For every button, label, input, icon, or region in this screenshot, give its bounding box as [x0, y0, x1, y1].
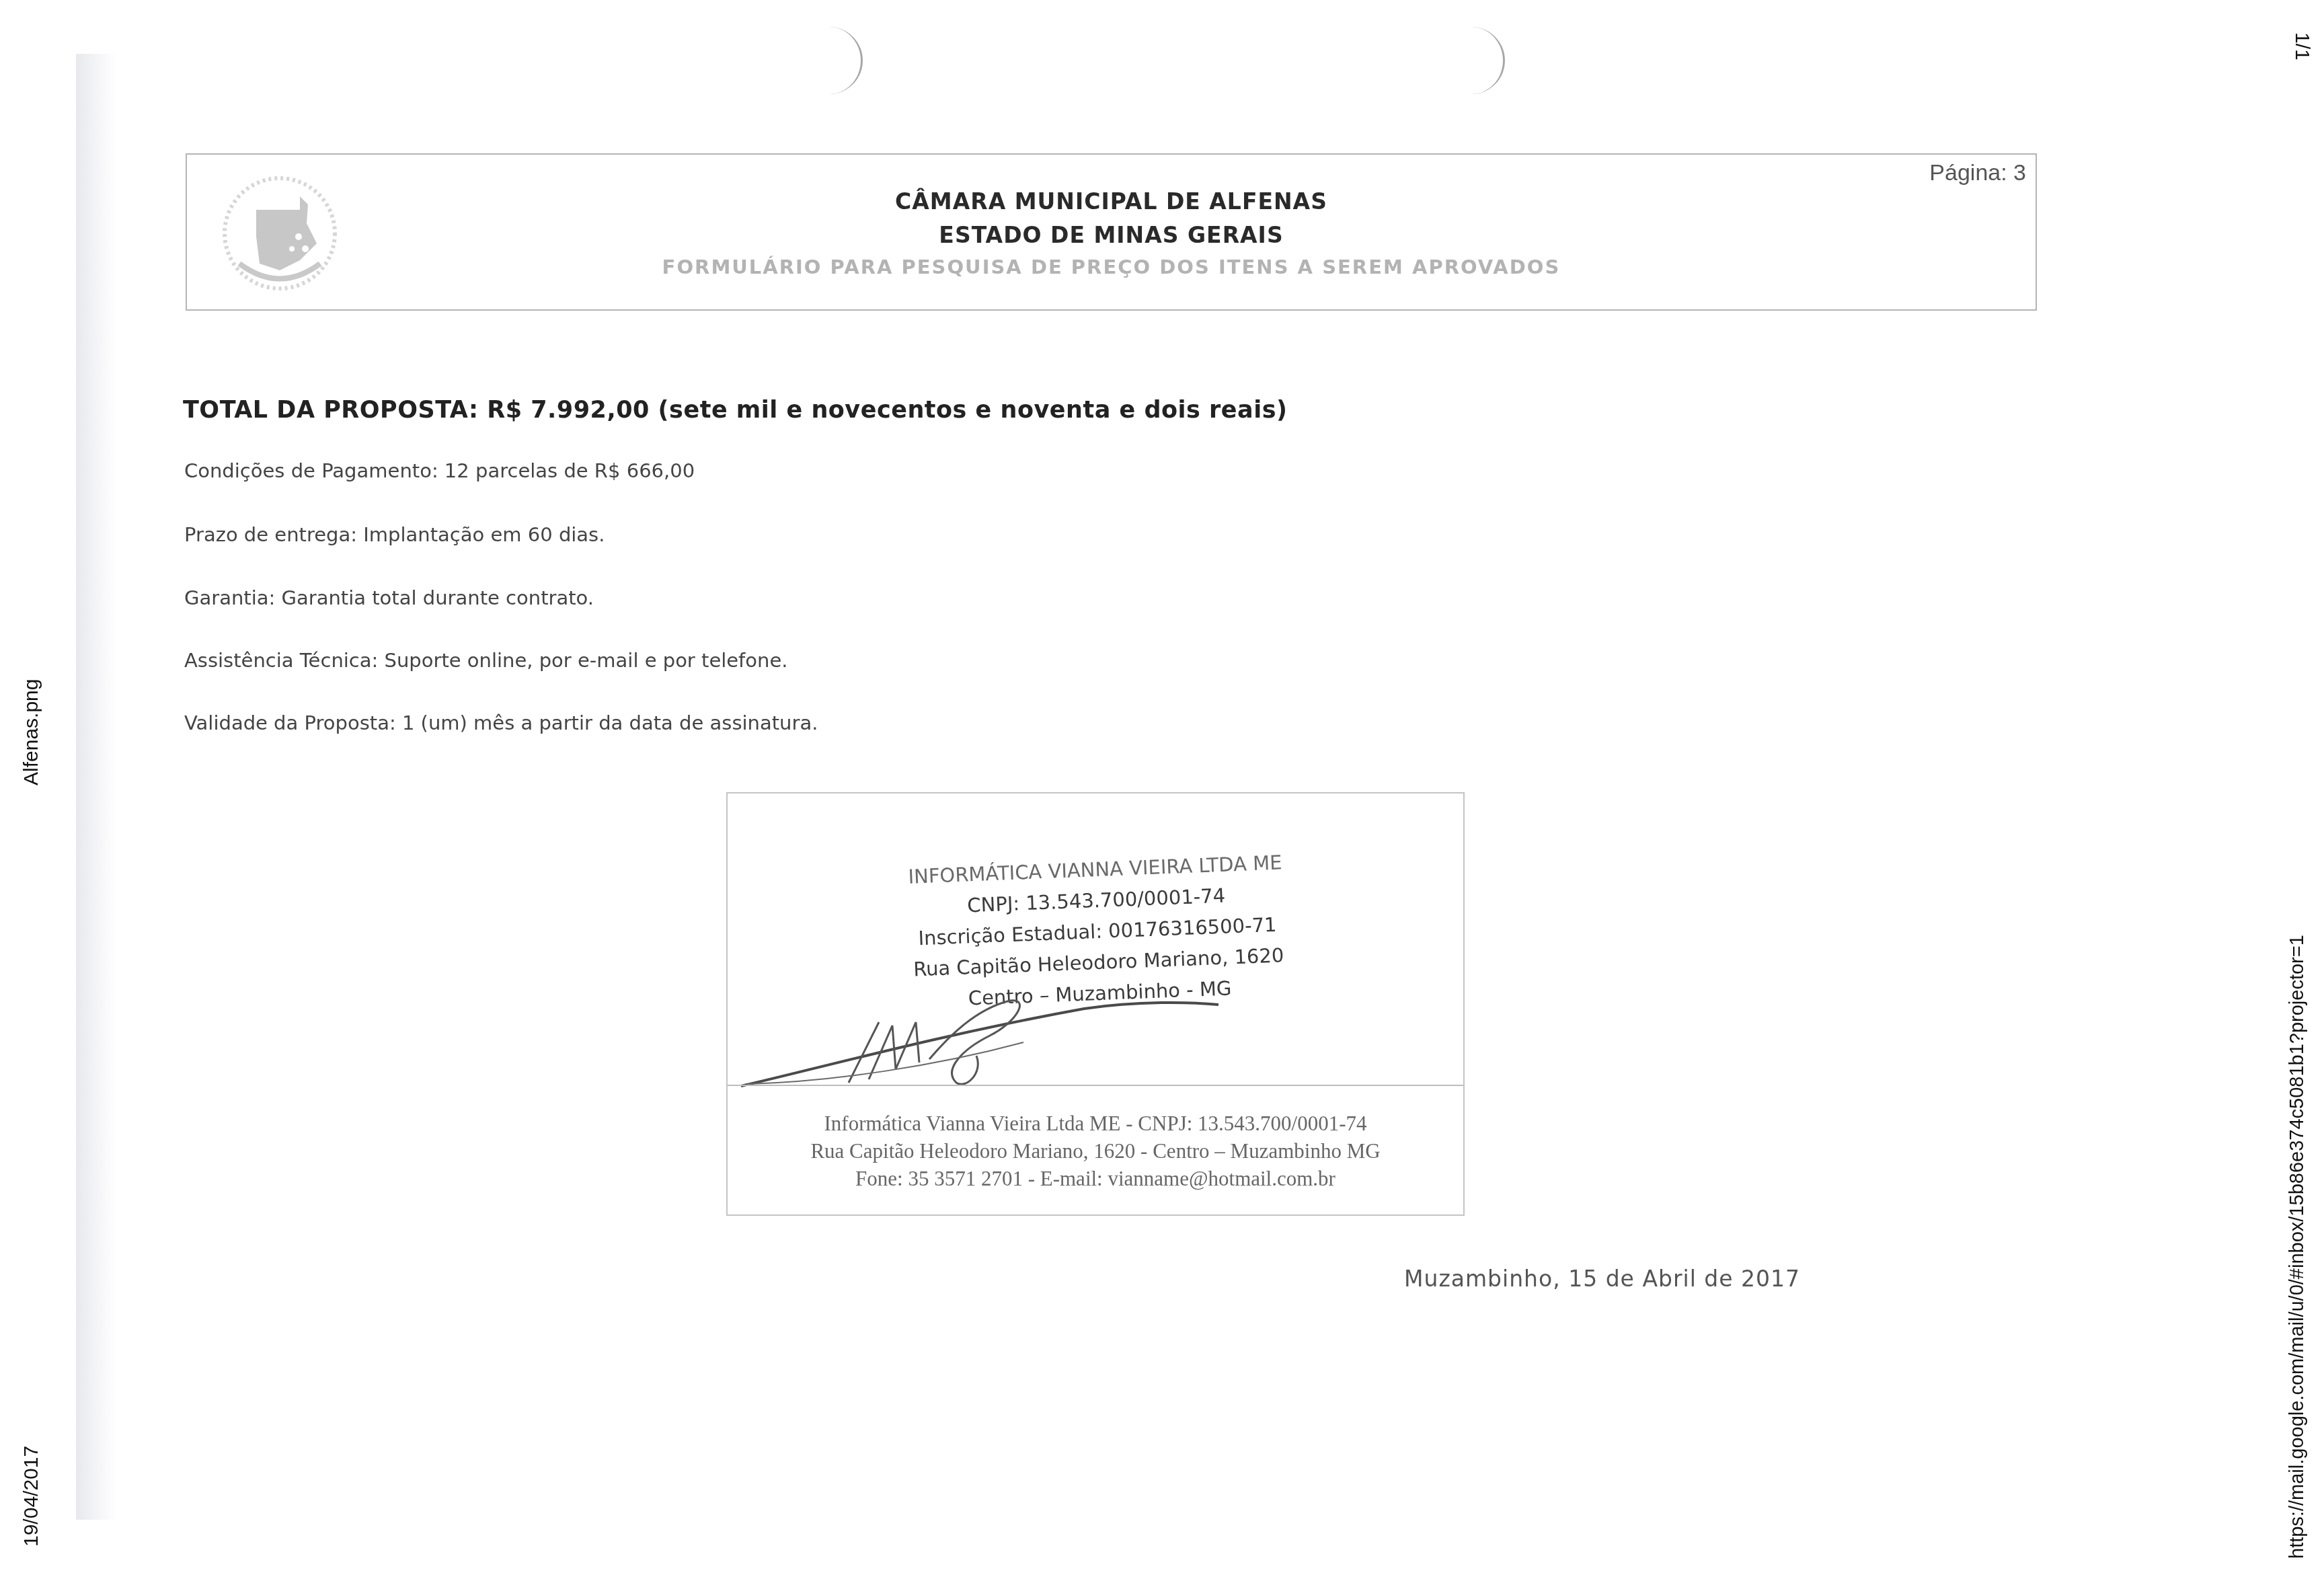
header-subtitle: ESTADO DE MINAS GERAIS: [187, 222, 2036, 248]
document-header: Página: 3 CÂMARA MUNICIPAL DE ALFENAS ES…: [186, 153, 2037, 311]
proposal-total: TOTAL DA PROPOSTA: R$ 7.992,00 (sete mil…: [183, 397, 1287, 424]
stamp-divider: [728, 1085, 1463, 1086]
punch-hole-left: [820, 27, 863, 94]
payment-conditions: Condições de Pagamento: 12 parcelas de R…: [184, 459, 695, 482]
proposal-validity: Validade da Proposta: 1 (um) mês a parti…: [184, 711, 818, 734]
footer-address: Rua Capitão Heleodoro Mariano, 1620 - Ce…: [728, 1137, 1463, 1165]
delivery-time: Prazo de entrega: Implantação em 60 dias…: [184, 523, 605, 546]
punch-hole-right: [1463, 27, 1505, 94]
print-date: 19/04/2017: [20, 1446, 43, 1547]
source-url: https://mail.google.com/mail/u/0/#inbox/…: [2286, 935, 2309, 1559]
filename-label: Alfenas.png: [20, 679, 43, 785]
stamp-letterhead-footer: Informática Vianna Vieira Ltda ME - CNPJ…: [728, 1110, 1463, 1192]
header-title: CÂMARA MUNICIPAL DE ALFENAS: [187, 188, 2036, 215]
stamp-company-block: INFORMÁTICA VIANNA VIEIRA LTDA ME CNPJ: …: [859, 845, 1335, 1018]
warranty: Garantia: Garantia total durante contrat…: [184, 586, 594, 609]
footer-contact: Fone: 35 3571 2701 - E-mail: vianname@ho…: [728, 1165, 1463, 1192]
page-count: 1/1: [2290, 32, 2313, 61]
footer-company-cnpj: Informática Vianna Vieira Ltda ME - CNPJ…: [728, 1110, 1463, 1137]
page-edge-shadow: [76, 54, 116, 1520]
signature-icon: [734, 995, 1239, 1089]
header-form-name: FORMULÁRIO PARA PESQUISA DE PREÇO DOS IT…: [187, 256, 2036, 278]
page-number: Página: 3: [1929, 160, 2026, 186]
technical-support: Assistência Técnica: Suporte online, por…: [184, 649, 788, 672]
place-and-date: Muzambinho, 15 de Abril de 2017: [1404, 1266, 1800, 1292]
company-stamp: INFORMÁTICA VIANNA VIEIRA LTDA ME CNPJ: …: [726, 792, 1465, 1216]
